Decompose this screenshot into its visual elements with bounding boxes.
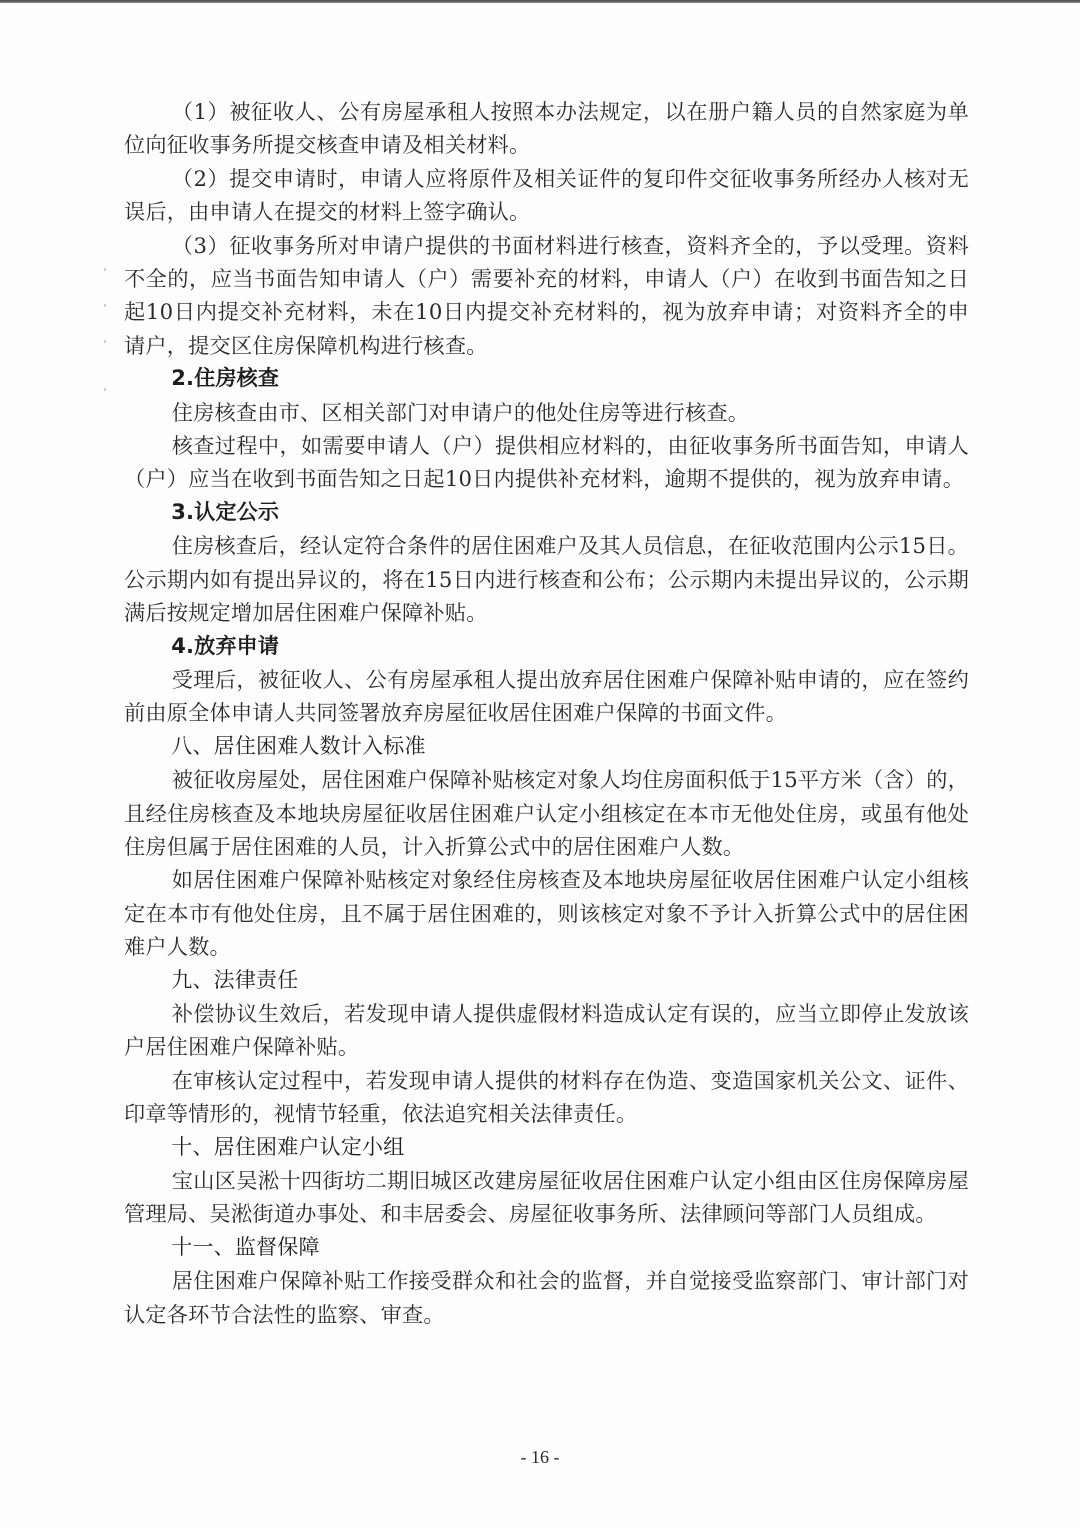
paragraph-counting-included: 被征收房屋处，居住困难户保障补贴核定对象人均住房面积低于15平方米（含）的，且经… — [124, 763, 969, 863]
section-heading-11-supervision: 十一、监督保障 — [124, 1231, 969, 1264]
paragraph-supervision: 居住困难户保障补贴工作接受群众和社会的监督，并自觉接受监察部门、审计部门对认定各… — [124, 1264, 969, 1331]
scan-speck — [104, 388, 106, 391]
paragraph-1-3-material-review: （3）征收事务所对申请户提供的书面材料进行核查，资料齐全的，予以受理。资料不全的… — [124, 229, 969, 363]
section-heading-10-determination-group: 十、居住困难户认定小组 — [124, 1131, 969, 1164]
scan-speck — [104, 304, 106, 307]
paragraph-publicity: 住房核查后，经认定符合条件的居住困难户及其人员信息，在征收范围内公示15日。公示… — [124, 529, 969, 629]
paragraph-determination-group: 宝山区吴淞十四街坊二期旧城区改建房屋征收居住困难户认定小组由区住房保障房屋管理局… — [124, 1164, 969, 1231]
paragraph-liability-forgery: 在审核认定过程中，若发现申请人提供的材料存在伪造、变造国家机关公文、证件、印章等… — [124, 1064, 969, 1131]
paragraph-liability-false-material: 补偿协议生效后，若发现申请人提供虚假材料造成认定有误的，应当立即停止发放该户居住… — [124, 997, 969, 1064]
heading-housing-check: 2.住房核查 — [124, 362, 969, 395]
paragraph-counting-excluded: 如居住困难户保障补贴核定对象经住房核查及本地块房屋征收居住困难户认定小组核定在本… — [124, 863, 969, 963]
section-heading-9-legal-liability: 九、法律责任 — [124, 964, 969, 997]
scan-top-edge — [0, 0, 1080, 3]
heading-waiver: 4.放弃申请 — [124, 630, 969, 663]
paragraph-waiver: 受理后，被征收人、公有房屋承租人提出放弃居住困难户保障补贴申请的，应在签约前由原… — [124, 663, 969, 730]
page-number: - 16 - — [0, 1447, 1080, 1468]
paragraph-housing-check-supplement: 核查过程中，如需要申请人（户）提供相应材料的，由征收事务所书面告知，申请人（户）… — [124, 429, 969, 496]
paragraph-1-2-sign-confirmation: （2）提交申请时，申请人应将原件及相关证件的复印件交征收事务所经办人核对无误后，… — [124, 162, 969, 229]
scan-speck — [104, 268, 106, 271]
section-heading-8-counting-standard: 八、居住困难人数计入标准 — [124, 730, 969, 763]
scan-speck — [104, 340, 106, 343]
document-page: （1）被征收人、公有房屋承租人按照本办法规定，以在册户籍人员的自然家庭为单位向征… — [124, 95, 969, 1331]
paragraph-1-1-submit-application: （1）被征收人、公有房屋承租人按照本办法规定，以在册户籍人员的自然家庭为单位向征… — [124, 95, 969, 162]
heading-publicity: 3.认定公示 — [124, 496, 969, 529]
paragraph-housing-check-scope: 住房核查由市、区相关部门对申请户的他处住房等进行核查。 — [124, 396, 969, 429]
